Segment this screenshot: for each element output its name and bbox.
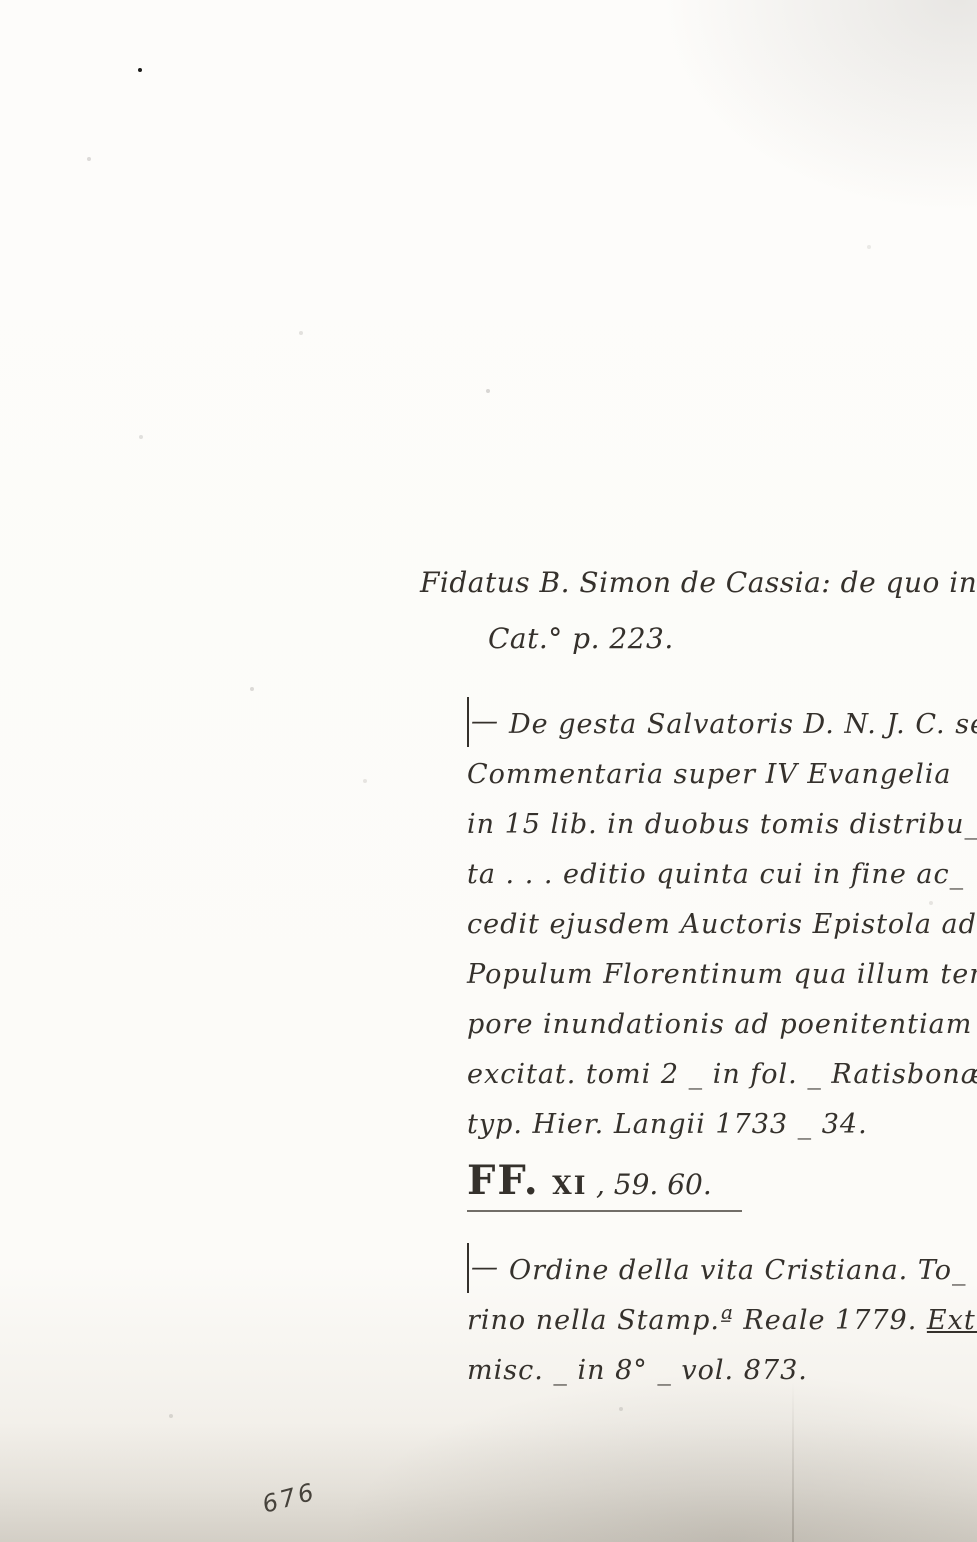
entry1-line-8: excitat. tomi 2 _ in fol. _ Ratisbonæ <box>467 1050 977 1100</box>
shelfmark-volume: XI <box>552 1171 587 1200</box>
paragraph-dash-icon: — <box>467 1243 499 1293</box>
heading-line-1: Fidatus B. Simon de Cassia: de quo in <box>420 566 977 599</box>
entry2-line-1: —Ordine della vita Cristiana. To_ <box>467 1246 977 1296</box>
entry1-line-2: Commentaria super IV Evangelia <box>467 750 977 800</box>
manuscript-page: Fidatus B. Simon de Cassia: de quo in Ca… <box>0 0 977 1542</box>
entry1-line-1: —De gesta Salvatoris D. N. J. C. seu <box>467 700 977 750</box>
entry1-line-4: ta . . . editio quinta cui in fine ac_ <box>467 850 977 900</box>
entry-de-gesta-salvatoris: —De gesta Salvatoris D. N. J. C. seu Com… <box>467 700 977 1212</box>
entry1-line-3: in 15 lib. in duobus tomis distribu_ <box>467 800 977 850</box>
heading-line-2: Cat.° p. 223. <box>488 622 674 655</box>
paper-specks <box>0 0 2 2</box>
bottom-edge-shading <box>0 1422 977 1542</box>
paragraph-dash-icon: — <box>467 697 499 747</box>
entry2-line-2: rino nella Stamp.ª Reale 1779. Extt. <box>467 1296 977 1346</box>
entry1-line-7: pore inundationis ad poenitentiam <box>467 1000 977 1050</box>
shelfmark-series: FF. <box>467 1157 540 1204</box>
entry1-line-1-text: De gesta Salvatoris D. N. J. C. seu <box>509 709 977 740</box>
shelfmark-pages: , 59. 60. <box>596 1168 712 1201</box>
entry-ordine-della-vita-cristiana: —Ordine della vita Cristiana. To_ rino n… <box>467 1246 977 1396</box>
shelfmark: FF. XI , 59. 60. <box>467 1158 742 1212</box>
entry2-line-1-text: Ordine della vita Cristiana. To_ <box>509 1255 967 1286</box>
entry2-line-3: misc. _ in 8° _ vol. 873. <box>467 1346 977 1396</box>
entry1-line-6: Populum Florentinum qua illum tem_ <box>467 950 977 1000</box>
shelfmark-line: FF. XI , 59. 60. <box>467 1158 977 1212</box>
entry2-line-2-main: rino nella Stamp.ª Reale 1779. <box>467 1305 927 1336</box>
entry2-line-2-underlined: Extt. <box>927 1305 977 1336</box>
entry1-line-9: typ. Hier. Langii 1733 _ 34. <box>467 1100 977 1150</box>
entry1-line-5: cedit ejusdem Auctoris Epistola ad <box>467 900 977 950</box>
